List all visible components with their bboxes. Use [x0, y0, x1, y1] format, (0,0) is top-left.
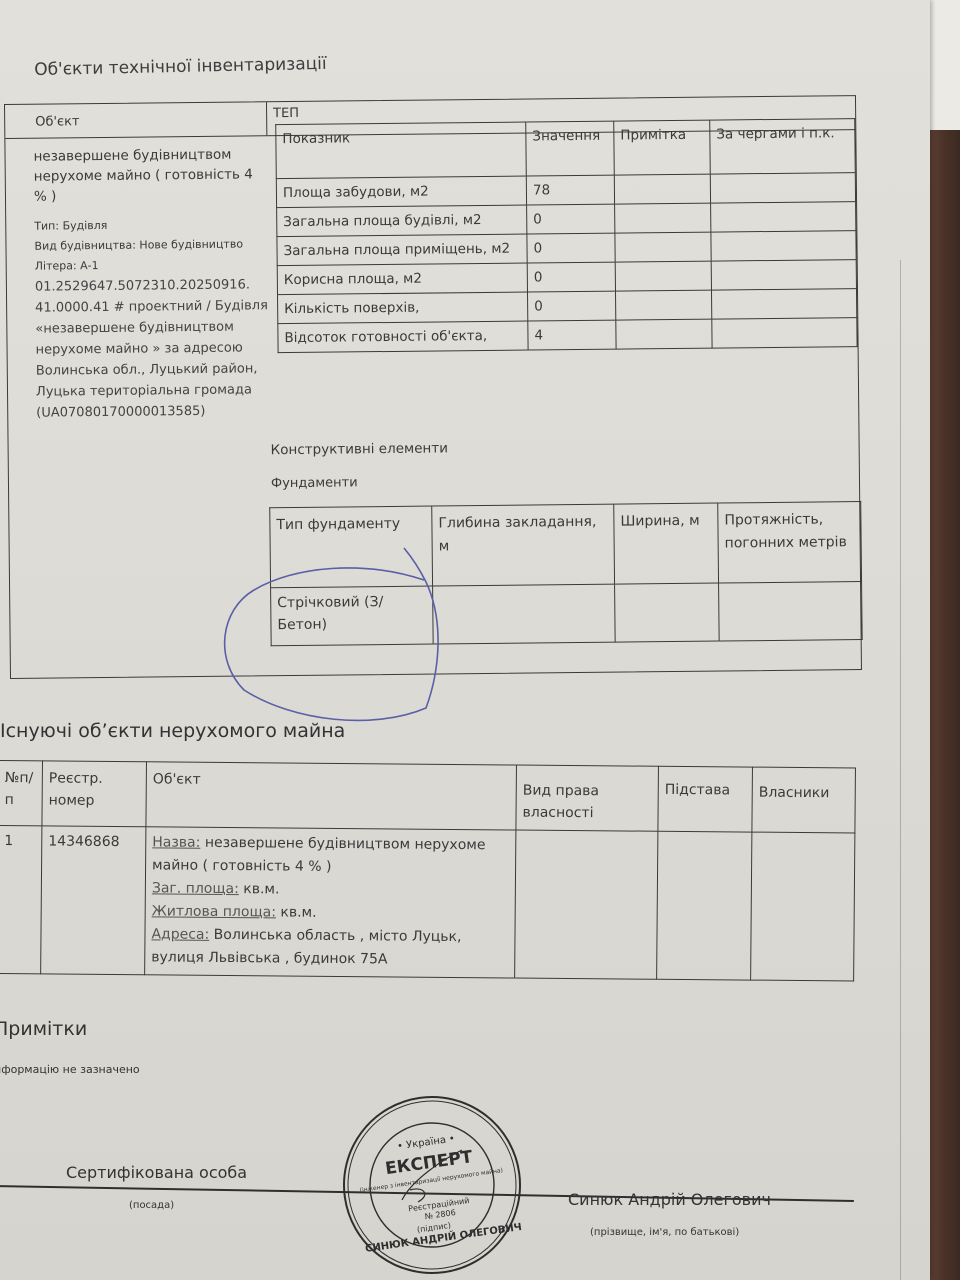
tep-header-value: Значення [526, 121, 615, 176]
tep-indicator: Кількість поверхів, [278, 292, 528, 324]
foundation-header-length: Протяжність, погонних метрів [718, 502, 862, 583]
tep-queues [711, 202, 856, 233]
tep-note [615, 203, 711, 233]
inventory-block: Об'єкт ТЕП незавершене будівництвом неру… [4, 95, 862, 679]
notes-title: Примітки [0, 1018, 87, 1040]
signer-position: Сертифікована особа [66, 1163, 247, 1182]
header-reg-number: Реєстр. номер [42, 761, 147, 827]
address-label: Адреса: [151, 926, 209, 943]
construction-kind: Вид будівництва: Нове будівництво [34, 234, 270, 256]
tep-value: 0 [527, 204, 615, 234]
header-owners: Власники [752, 767, 856, 833]
tep-queues [710, 173, 855, 204]
notes-text: нформацію не зазначено [0, 1063, 140, 1076]
name-caption: (прізвище, ім'я, по батькові) [590, 1227, 739, 1238]
row-basis [657, 831, 752, 980]
object-type: Тип: Будівля [34, 214, 270, 236]
foundation-header-type: Тип фундаменту [270, 506, 433, 588]
expert-stamp-icon: • Україна • ЕКСПЕРТ (інженер з інвентари… [332, 1090, 532, 1280]
living-area-label: Житлова площа: [152, 903, 276, 920]
inventory-section-title: Об'єкти технічної інвентаризації [34, 54, 327, 80]
tep-note [615, 261, 711, 291]
header-basis: Підстава [658, 766, 753, 832]
tep-queues [711, 260, 856, 291]
tep-indicator: Загальна площа будівлі, м2 [277, 205, 527, 237]
object-description: незавершене будівництвом нерухоме майно … [33, 144, 272, 423]
foundations-title: Фундаменти [271, 475, 358, 491]
tep-queues [711, 231, 856, 262]
tep-value: 4 [528, 320, 616, 350]
table-row: Стрічковий (З/ Бетон) [271, 582, 863, 646]
existing-header-row: №п/ п Реєстр. номер Об'єкт Вид права вла… [0, 761, 855, 833]
position-caption: (посада) [129, 1200, 174, 1211]
object-name: незавершене будівництвом нерухоме майно … [33, 144, 270, 206]
object-long-description: 01.2529647.5072310.20250916. 41.0000.41 … [35, 274, 273, 423]
living-area-value: кв.м. [280, 904, 316, 920]
page-fold-line [900, 260, 901, 1280]
tep-indicator: Площа забудови, м2 [276, 176, 526, 208]
tep-header-queues: За чергами і п.к. [710, 119, 856, 175]
tep-header-row: Показник Значення Примітка За чергами і … [276, 119, 856, 179]
foundation-width [615, 583, 720, 642]
foundation-depth [433, 584, 616, 644]
tep-value: 78 [526, 175, 614, 205]
foundation-header-width: Ширина, м [614, 503, 719, 584]
tep-indicator: Корисна площа, м2 [277, 263, 527, 295]
table-row: 1 14346868 Назва: незавершене будівництв… [0, 826, 855, 981]
total-area-label: Заг. площа: [152, 880, 239, 897]
table-row: Відсоток готовності об'єкта, 4 [278, 318, 857, 353]
object-column-header: Об'єкт [5, 102, 267, 138]
object-meta: Тип: Будівля Вид будівництва: Нове будів… [34, 214, 271, 276]
name-value: незавершене будівництвом нерухоме майно … [152, 835, 486, 875]
tep-indicator: Загальна площа приміщень, м2 [277, 234, 527, 266]
foundation-table: Тип фундаменту Глибина закладання, м Шир… [269, 501, 862, 646]
object-letter: Літера: А-1 [35, 254, 271, 276]
header-object: Об'єкт [146, 762, 517, 830]
row-object: Назва: незавершене будівництвом нерухоме… [145, 827, 516, 978]
row-reg-number: 14346868 [41, 826, 146, 975]
existing-objects-table: №п/ п Реєстр. номер Об'єкт Вид права вла… [0, 760, 856, 981]
tep-header-indicator: Показник [276, 122, 527, 179]
tep-header-note: Примітка [614, 120, 711, 175]
existing-objects-title: Існуючі об’єкти нерухомого майна [0, 720, 345, 742]
tep-note [615, 232, 711, 262]
foundation-length [719, 582, 863, 641]
tep-note [616, 319, 712, 349]
header-number: №п/ п [0, 761, 42, 826]
header-ownership-type: Вид права власності [516, 765, 659, 831]
constructive-elements-title: Конструктивні елементи [271, 440, 448, 458]
tep-note [614, 174, 710, 204]
tep-queues [712, 318, 857, 349]
foundation-type: Стрічковий (З/ Бетон) [271, 586, 434, 646]
stamp-country: • Україна • [396, 1133, 455, 1152]
row-owners [751, 832, 855, 981]
row-ownership-type [515, 830, 658, 979]
name-label: Назва: [152, 834, 200, 850]
tep-table: Показник Значення Примітка За чергами і … [275, 118, 857, 353]
foundation-header-row: Тип фундаменту Глибина закладання, м Шир… [270, 502, 862, 588]
tep-queues [711, 289, 856, 320]
tep-indicator: Відсоток готовності об'єкта, [278, 321, 528, 353]
foundation-header-depth: Глибина закладання, м [432, 504, 615, 586]
tep-note [615, 290, 711, 320]
tep-value: 0 [527, 262, 615, 292]
tep-value: 0 [527, 233, 615, 263]
document-page: Об'єкти технічної інвентаризації Об'єкт … [0, 0, 930, 1280]
row-number: 1 [0, 826, 42, 974]
total-area-value: кв.м. [243, 881, 279, 897]
tep-value: 0 [527, 291, 615, 321]
signer-name: Синюк Андрій Олегович [568, 1190, 771, 1209]
